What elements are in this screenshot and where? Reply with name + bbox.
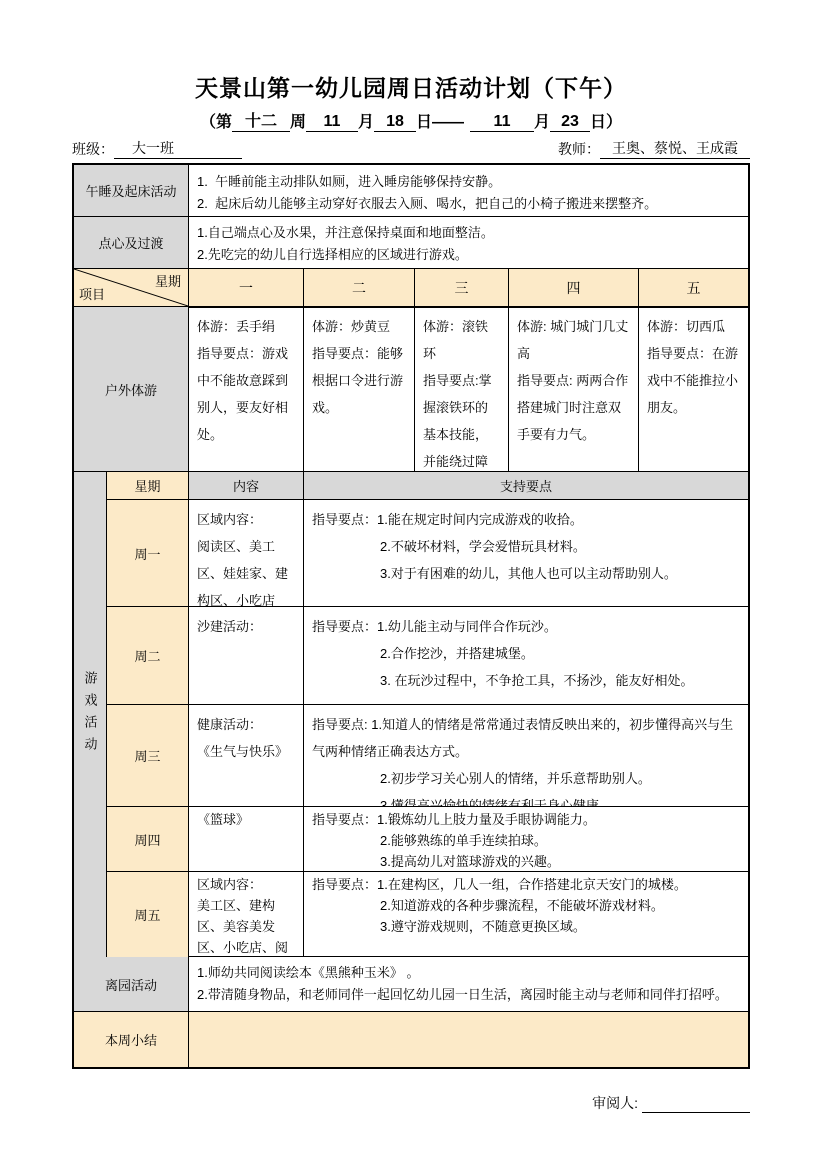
info-line: 班级：大一班 教师：王奥、蔡悦、王成霞 [72,139,750,159]
week-header-row: 星期 项目 一 二 三 四 五 [74,269,748,307]
games-support-mon: 指导要点：1.能在规定时间内完成游戏的收拾。2.不破坏材料，学会爱惜玩具材料。3… [304,500,748,606]
games-content-mon: 区域内容：阅读区、美工区、娃娃家、建构区、小吃店 [189,500,304,606]
subtitle-month-unit-1: 月 [358,114,374,131]
outdoor-play-content: 体能或器械操:报纸棒。指导要点：1.锻炼幼儿的四肢活动。2.培养幼儿喜欢倾听的习… [189,307,748,471]
leave-row-content: 1.师幼共同阅读绘本《黑熊种玉米》 。2.带清随身物品，和老师同伴一起回忆幼儿园… [189,957,748,1011]
games-table: 星期 内容 支持要点 周一 区域内容：阅读区、美工区、娃娃家、建构区、小吃店 指… [107,472,748,957]
outdoor-play-row: 户外体游 体能或器械操:报纸棒。指导要点：1.锻炼幼儿的四肢活动。2.培养幼儿喜… [74,307,748,472]
start-month-field: 11 [306,112,358,132]
games-section-label: 游戏活动 [81,671,100,759]
games-row-thu: 周四 《篮球》 指导要点：1.锻炼幼儿上肢力量及手眼协调能力。2.能够熟练的单手… [107,807,748,872]
outdoor-thu-cell: 体游: 城门城门几丈高指导要点: 两两合作搭建城门时注意双手要有力气。 [509,308,639,471]
games-header-support: 支持要点 [304,472,748,499]
subtitle-open: （第 [200,114,232,131]
games-header-row: 星期 内容 支持要点 [107,472,748,500]
games-day-wed: 周三 [107,705,189,806]
class-name-field: 大一班 [114,139,242,159]
games-row-tue: 周二 沙建活动： 指导要点：1.幼儿能主动与同伴合作玩沙。2.合作挖沙，并搭建城… [107,607,748,705]
snack-row-content: 1.自己端点心及水果，并注意保持桌面和地面整洁。2.先吃完的幼儿自行选择相应的区… [189,217,748,268]
games-day-fri: 周五 [107,872,189,957]
games-content-tue: 沙建活动： [189,607,304,704]
day-header-tue: 二 [304,269,415,306]
outdoor-tue-cell: 体游：炒黄豆指导要点：能够根据口令进行游戏。 [304,308,415,471]
summary-row: 本周小结 [74,1012,748,1067]
games-row-fri: 周五 区域内容：美工区、建构区、美容美发区、小吃店、阅读区 指导要点：1.在建构… [107,872,748,957]
subtitle-day-unit-1: 日 [416,114,432,131]
reviewer-signature-field [642,1112,750,1113]
day-header-mon: 一 [189,269,304,306]
start-day-field: 18 [374,112,416,132]
games-support-thu: 指导要点：1.锻炼幼儿上肢力量及手眼协调能力。2.能够熟练的单手连续拍球。3.提… [304,807,748,871]
snack-row-label: 点心及过渡 [74,217,189,268]
games-support-tue: 指导要点：1.幼儿能主动与同伴合作玩沙。2.合作挖沙，并搭建城堡。3. 在玩沙过… [304,607,748,704]
footer: 审阅人: [72,1093,750,1113]
outdoor-day-cells: 体游：丢手绢指导要点：游戏中不能故意踩到别人，要友好相处。 体游：炒黄豆指导要点… [189,308,748,471]
teacher-names-field: 王奥、蔡悦、王成霞 [600,139,750,159]
leave-row-label: 离园活动 [74,957,189,1011]
outdoor-mon-cell: 体游：丢手绢指导要点：游戏中不能故意踩到别人，要友好相处。 [189,308,304,471]
games-support-fri: 指导要点：1.在建构区，几人一组，合作搭建北京天安门的城楼。2.知道游戏的各种步… [304,872,748,957]
games-content-wed: 健康活动：《生气与快乐》 [189,705,304,806]
leave-row: 离园活动 1.师幼共同阅读绘本《黑熊种玉米》 。2.带清随身物品，和老师同伴一起… [74,957,748,1012]
games-row-mon: 周一 区域内容：阅读区、美工区、娃娃家、建构区、小吃店 指导要点：1.能在规定时… [107,500,748,607]
outdoor-wed-cell: 体游：滚铁环指导要点:掌握滚铁环的基本技能，并能绕过障碍物继续前进。 [415,308,509,471]
corner-week-label: 星期 [155,271,181,290]
outdoor-fri-cell: 体游：切西瓜指导要点：在游戏中不能推拉小朋友。 [639,308,748,471]
end-day-field: 23 [550,112,590,132]
nap-row-label: 午睡及起床活动 [74,165,189,216]
games-header-week: 星期 [107,472,189,499]
outdoor-play-label: 户外体游 [74,307,189,471]
games-day-mon: 周一 [107,500,189,606]
snack-row: 点心及过渡 1.自己端点心及水果，并注意保持桌面和地面整洁。2.先吃完的幼儿自行… [74,217,748,269]
class-label: 班级： [72,141,114,157]
subtitle-close: 日） [590,114,622,131]
games-support-wed: 指导要点: 1.知道人的情绪是常常通过表情反映出来的，初步懂得高兴与生气两种情绪… [304,705,748,806]
subtitle-dash: —— [432,114,464,131]
nap-row: 午睡及起床活动 1. 午睡前能主动排队如厕，进入睡房能够保持安静。2. 起床后幼… [74,165,748,217]
activity-plan-table: 午睡及起床活动 1. 午睡前能主动排队如厕，进入睡房能够保持安静。2. 起床后幼… [72,163,750,1069]
reviewer-label: 审阅人: [592,1093,638,1113]
summary-row-content [189,1012,748,1067]
games-day-tue: 周二 [107,607,189,704]
day-header-thu: 四 [509,269,639,306]
page-title: 天景山第一幼儿园周日活动计划（下午） [72,70,750,103]
teacher-group: 教师：王奥、蔡悦、王成霞 [558,139,750,159]
subtitle: （第十二周11月18日——11月23日） [72,109,750,132]
subtitle-week-unit: 周 [290,114,306,131]
end-month-field: 11 [470,112,534,132]
day-header-wed: 三 [415,269,509,306]
subtitle-month-unit-2: 月 [534,114,550,131]
corner-cell: 星期 项目 [74,269,189,306]
week-number-field: 十二 [232,112,290,132]
games-header-content: 内容 [189,472,304,499]
document-page: 天景山第一幼儿园周日活动计划（下午） （第十二周11月18日——11月23日） … [72,62,750,1113]
class-group: 班级：大一班 [72,139,242,159]
games-section-label-cell: 游戏活动 [74,472,107,957]
games-section: 游戏活动 星期 内容 支持要点 周一 区域内容：阅读区、美工区、娃娃家、建构区、… [74,472,748,957]
games-day-thu: 周四 [107,807,189,871]
nap-row-content: 1. 午睡前能主动排队如厕，进入睡房能够保持安静。2. 起床后幼儿能够主动穿好衣… [189,165,748,216]
games-content-thu: 《篮球》 [189,807,304,871]
corner-item-label: 项目 [79,284,105,303]
games-row-wed: 周三 健康活动：《生气与快乐》 指导要点: 1.知道人的情绪是常常通过表情反映出… [107,705,748,807]
games-content-fri: 区域内容：美工区、建构区、美容美发区、小吃店、阅读区 [189,872,304,957]
summary-row-label: 本周小结 [74,1012,189,1067]
day-header-fri: 五 [639,269,748,306]
teacher-label: 教师： [558,141,600,157]
